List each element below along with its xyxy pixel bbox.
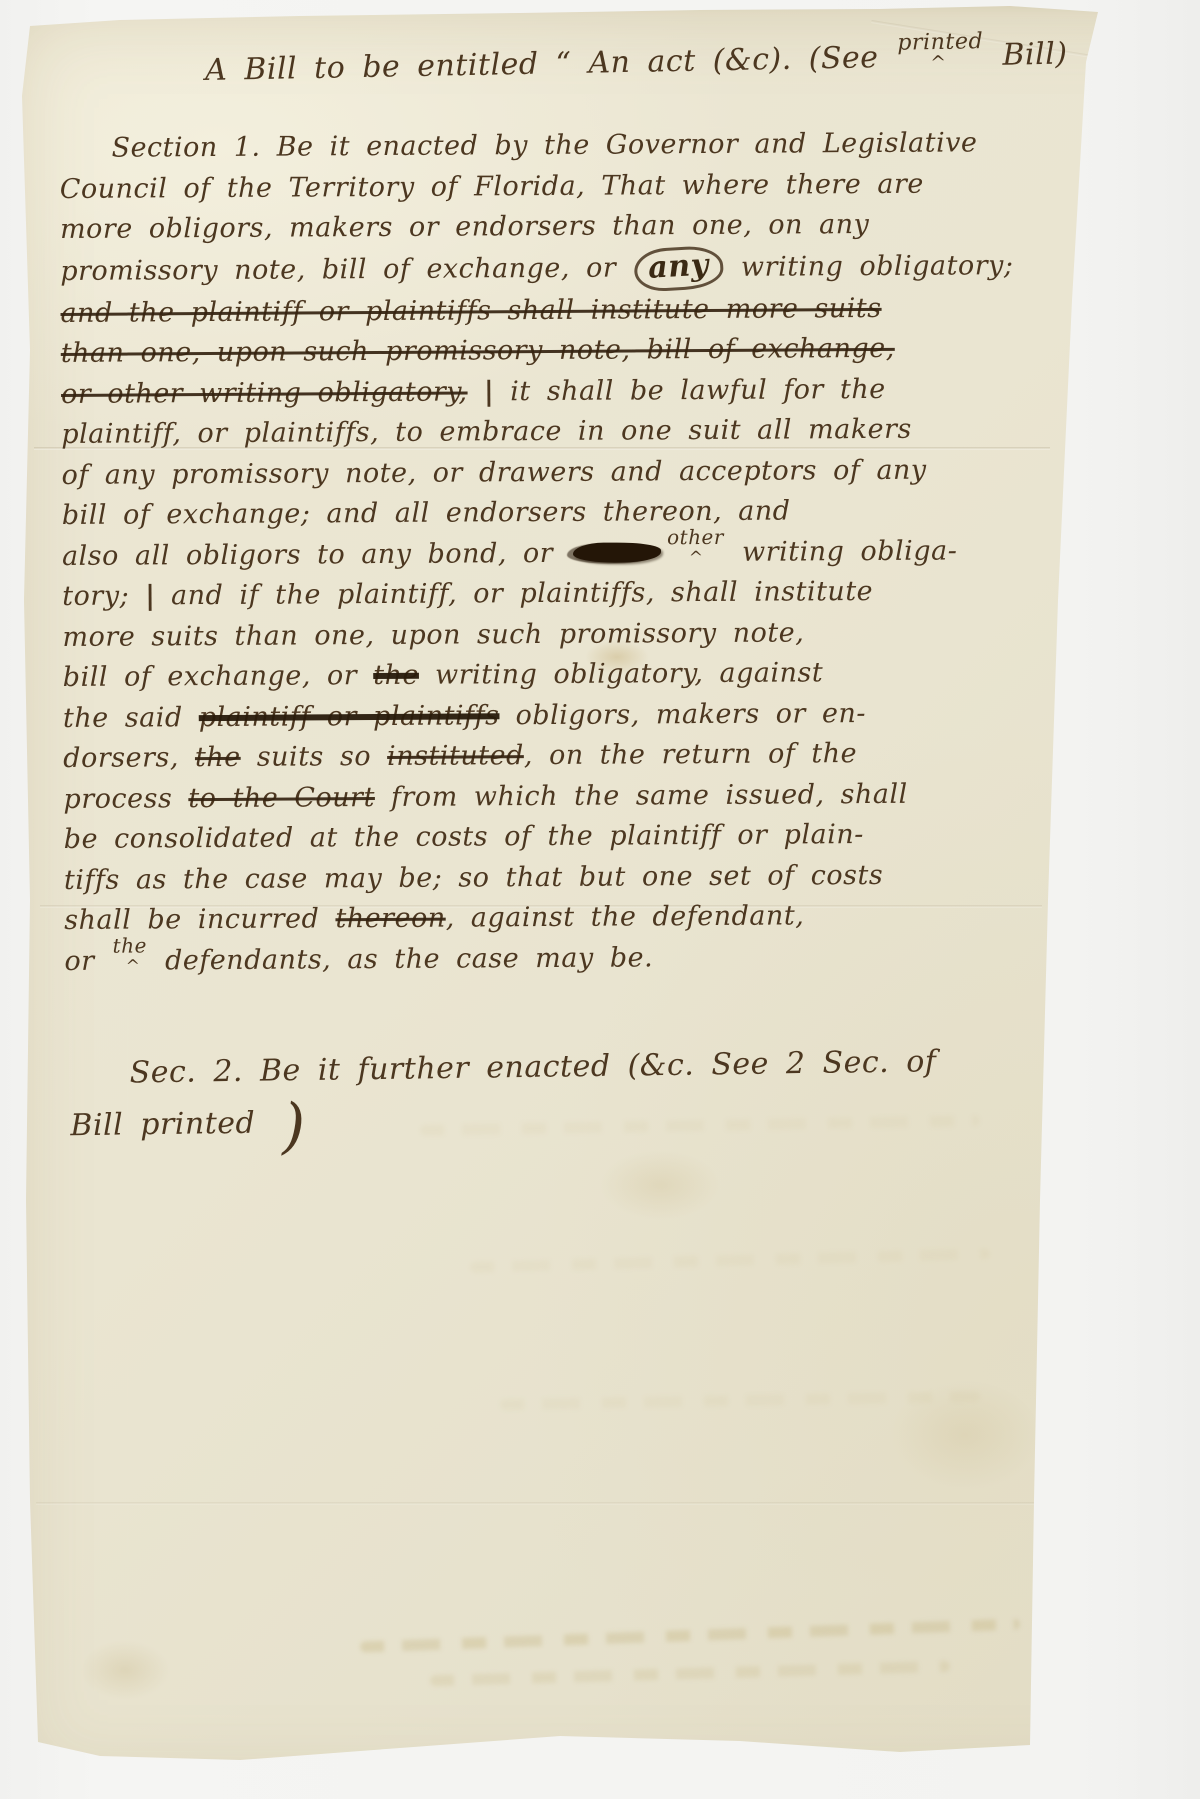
struck-text: or other writing obligatory,: [61, 376, 468, 409]
struck-text: plaintiff or plaintiffs: [199, 700, 500, 733]
ink-blot: [573, 542, 661, 563]
manuscript-line: more obligors, makers or endorsers than …: [60, 204, 1025, 250]
handwritten-text: promissory note, bill of exchange, or: [60, 252, 632, 286]
handwritten-text: be consolidated at the costs of the plai…: [64, 819, 864, 855]
handwritten-text: , on the return of the: [524, 738, 857, 771]
handwritten-text: plaintiff, or plaintiffs, to embrace in …: [61, 414, 912, 450]
handwritten-text: more obligors, makers or endorsers than …: [60, 209, 869, 245]
manuscript-line: Section 1. Be it enacted by the Governor…: [59, 123, 1024, 169]
handwritten-text: Sec. 2. Be it further enacted (&c. See 2…: [129, 1044, 936, 1090]
struck-text: and the plaintiff or plaintiffs shall in…: [60, 293, 881, 329]
manuscript-line: or other writing obligatory, | it shall …: [61, 369, 1026, 415]
handwritten-text: Section 1. Be it enacted by the Governor…: [111, 127, 977, 163]
closing-paren: ): [255, 1091, 306, 1162]
manuscript-line: dorsers, the suits so instituted, on the…: [63, 733, 1028, 779]
manuscript-line: shall be incurred thereon, against the d…: [64, 895, 1029, 941]
handwritten-text: Bill): [985, 37, 1068, 74]
handwritten-text: writing obliga-: [726, 535, 957, 567]
manuscript-line: and the plaintiff or plaintiffs shall in…: [60, 288, 1025, 334]
manuscript-paper: A Bill to be entitled “ An act (&c). (Se…: [0, 0, 1200, 1799]
section-1-paragraph: Section 1. Be it enacted by the Governor…: [59, 123, 1029, 982]
paper-crease: [36, 1502, 1035, 1505]
handwritten-text: the said: [63, 702, 199, 734]
handwritten-text: dorsers,: [63, 742, 195, 774]
struck-text: the: [373, 660, 419, 691]
manuscript-line: or the defendants, as the case may be.: [64, 936, 1029, 982]
manuscript-line: be consolidated at the costs of the plai…: [64, 814, 1029, 860]
inserted-word: the: [113, 935, 147, 955]
handwritten-text: tory;: [62, 581, 145, 613]
manuscript-line: more suits than one, upon such promissor…: [62, 612, 1027, 658]
struck-text: the: [195, 742, 241, 773]
paper-stain: [600, 1150, 720, 1220]
manuscript-line: process to the Court from which the same…: [63, 774, 1028, 820]
manuscript-line: bill of exchange, or the writing obligat…: [63, 652, 1028, 698]
handwritten-text: Bill printed: [70, 1106, 255, 1144]
struck-text: than one, upon such promissory note, bil…: [61, 333, 895, 369]
section-2-paragraph: Sec. 2. Be it further enacted (&c. See 2…: [69, 1036, 970, 1153]
handwritten-text: tiffs as the case may be; so that but on…: [64, 860, 883, 896]
manuscript-line: tiffs as the case may be; so that but on…: [64, 855, 1029, 901]
handwritten-text: writing obligatory;: [725, 250, 1014, 283]
struck-text: instituted: [387, 740, 524, 772]
handwritten-text: from which the same issued, shall: [375, 779, 908, 813]
manuscript-line: of any promissory note, or drawers and a…: [61, 450, 1026, 496]
handwritten-text: Council of the Territory of Florida, Tha…: [60, 168, 924, 204]
handwritten-text: more suits than one, upon such promissor…: [62, 617, 804, 653]
struck-text: to the Court: [188, 782, 375, 814]
handwritten-text: of any promissory note, or drawers and a…: [61, 454, 926, 490]
struck-text: thereon: [335, 903, 445, 935]
handwritten-text: or: [64, 945, 110, 976]
manuscript-line: tory; | and if the plaintiff, or plainti…: [62, 571, 1027, 617]
handwritten-text: A Bill to be entitled “ An act (&c). (Se…: [205, 40, 896, 88]
handwritten-text: also all obligors to any bond, or: [62, 538, 569, 572]
handwritten-text: process: [63, 783, 188, 815]
inserted-word: other: [667, 527, 724, 547]
manuscript-line: the said plaintiff or plaintiffs obligor…: [63, 693, 1028, 739]
sentence-divider-bar: |: [145, 581, 155, 612]
sentence-divider-bar: |: [467, 376, 510, 407]
handwritten-text: defendants, as the case may be.: [149, 942, 653, 976]
handwritten-text: it shall be lawful for the: [510, 374, 886, 407]
manuscript-line: also all obligors to any bond, or other …: [62, 531, 1027, 577]
manuscript-line: plaintiff, or plaintiffs, to embrace in …: [61, 409, 1026, 455]
handwritten-text: bill of exchange, or: [63, 660, 374, 693]
emphasized-word: any: [633, 244, 724, 292]
scanned-document-page: { "page": { "background_color": "#f3f3f1…: [0, 0, 1200, 1799]
handwritten-text: , against the defendant,: [446, 901, 805, 934]
manuscript-line: bill of exchange; and all endorsers ther…: [62, 490, 1027, 536]
handwritten-text: suits so: [241, 741, 388, 773]
handwritten-text: shall be incurred: [64, 904, 335, 937]
inserted-word: printed: [897, 30, 983, 54]
manuscript-line: Council of the Territory of Florida, Tha…: [60, 164, 1025, 210]
manuscript-line: than one, upon such promissory note, bil…: [61, 328, 1026, 374]
handwritten-text: obligors, makers or en-: [499, 698, 866, 731]
handwritten-text: writing obligatory, against: [419, 658, 823, 691]
manuscript-line: promissory note, bill of exchange, or an…: [60, 245, 1025, 294]
paper-stain: [80, 1640, 170, 1700]
handwritten-text: and if the plaintiff, or plaintiffs, sha…: [155, 576, 873, 611]
